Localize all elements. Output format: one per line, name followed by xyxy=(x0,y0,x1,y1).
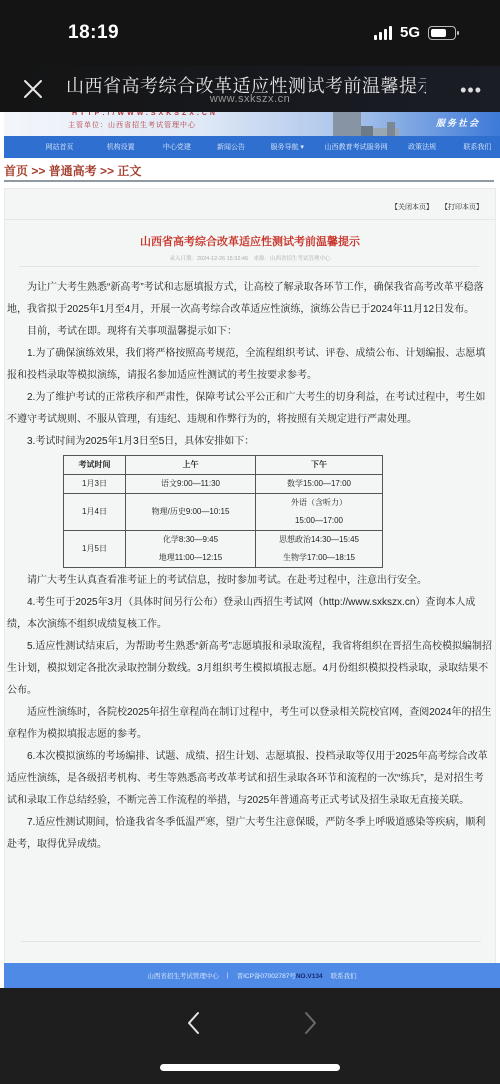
column-header: 考试时间 xyxy=(64,456,126,475)
column-header: 下午 xyxy=(256,456,383,475)
table-row: 1月5日 化学8:30—9:45 地理11:00—12:15 思想政治14:30… xyxy=(64,531,383,568)
exam-schedule-table: 考试时间 上午 下午 1月3日 语文9:00—11:30 数学15:00—17:… xyxy=(63,455,383,568)
paragraph: 适应性演练时，各院校2025年招生章程尚在制订过程中，考生可以登录相关院校官网，… xyxy=(5,702,493,746)
nav-item-organization[interactable]: 机构设置 xyxy=(96,142,145,152)
nav-item-policy[interactable]: 政策法规 xyxy=(399,142,444,152)
paragraph: 7.适应性测试期间，恰逢我省冬季低温严寒，望广大考生注意保暖，严防冬季上呼吸道感… xyxy=(5,812,493,856)
paragraph: 1.为了确保演练效果，我们将严格按照高考规范，全流程组织考试、评卷、成绩公布、计… xyxy=(5,343,493,387)
site-nav: 网站首页 机构设置 中心党建 新闻公告 服务导航 ▾ 山西教育考试服务网 政策法… xyxy=(4,136,500,158)
banner-slogan: 服务社会 xyxy=(436,116,480,129)
browser-bottom-bar xyxy=(0,988,500,1084)
nav-item-exam-service[interactable]: 山西教育考试服务网 xyxy=(317,142,396,152)
am-cell: 化学8:30—9:45 地理11:00—12:15 xyxy=(126,531,256,568)
nav-item-services[interactable]: 服务导航 ▾ xyxy=(260,142,315,152)
paragraph: 5.适应性测试结束后，为帮助考生熟悉“新高考”志愿填报和录取流程，我省将组织在晋… xyxy=(5,636,493,702)
more-options-button[interactable]: ••• xyxy=(460,80,482,101)
browser-header: 山西省高考综合改革适应性测试考前温馨提示 www.sxkszx.cn ••• xyxy=(0,66,500,112)
home-indicator[interactable] xyxy=(160,1064,340,1071)
table-header-row: 考试时间 上午 下午 xyxy=(64,456,383,475)
divider xyxy=(5,219,495,220)
am-line: 化学8:30—9:45 xyxy=(126,531,255,549)
paragraph: 为让广大考生熟悉“新高考”考试和志愿填报方式，让高校了解录取各环节工作，确保我省… xyxy=(5,277,493,321)
pm-line: 外语（含听力） xyxy=(256,494,382,512)
status-indicators: 5G xyxy=(374,24,456,41)
date-cell: 1月3日 xyxy=(64,475,126,494)
icp-number: 晋ICP备07002787号 xyxy=(237,973,296,980)
chevron-left-icon xyxy=(182,1010,206,1036)
paragraph: 2.为了维护考试的正常秩序和严肃性，保障考试公平公正和广大考生的切身利益，在考试… xyxy=(5,387,493,431)
nav-item-party[interactable]: 中心党建 xyxy=(152,142,201,152)
forward-button[interactable] xyxy=(298,1010,322,1036)
am-line: 地理11:00—12:15 xyxy=(126,549,255,567)
column-header: 上午 xyxy=(126,456,256,475)
paragraph: 请广大考生认真查看准考证上的考试信息，按时参加考试。在赴考过程中，注意出行安全。 xyxy=(5,570,493,592)
signal-icon xyxy=(374,26,392,40)
am-cell: 语文9:00—11:30 xyxy=(126,475,256,494)
back-button[interactable] xyxy=(182,1010,206,1036)
pm-cell: 数学15:00—17:00 xyxy=(256,475,383,494)
site-number: NO.V134 xyxy=(296,973,323,980)
site-banner: HTTP://WWW.SXKSZX.CN 主管单位：山西省招生考试管理中心 服务… xyxy=(4,112,500,136)
pm-cell: 外语（含听力） 15:00—17:00 xyxy=(256,494,383,531)
divider xyxy=(21,941,481,942)
date-cell: 1月5日 xyxy=(64,531,126,568)
nav-item-news[interactable]: 新闻公告 xyxy=(206,142,255,152)
banner-url: HTTP://WWW.SXKSZX.CN xyxy=(72,112,218,117)
pm-cell: 思想政治14:30—15:45 生物学17:00—18:15 xyxy=(256,531,383,568)
network-type: 5G xyxy=(400,24,420,41)
paragraph: 目前，考试在即。现将有关事项温馨提示如下： xyxy=(5,321,493,343)
banner-org: 主管单位：山西省招生考试管理中心 xyxy=(68,120,196,130)
footer-org: 山西省招生考试管理中心 xyxy=(147,971,219,980)
footer-contact-link[interactable]: 联系我们 xyxy=(331,971,357,980)
close-page-link[interactable]: 【关闭本页】 xyxy=(391,202,433,212)
article: 【关闭本页】 【打印本页】 山西省高考综合改革适应性测试考前温馨提示 录入日期：… xyxy=(4,188,496,968)
paragraph: 3.考试时间为2025年1月3日至5日，具体安排如下： xyxy=(5,431,493,453)
site-footer: 山西省招生考试管理中心 | 晋ICP备07002787号NO.V134 联系我们 xyxy=(4,963,500,988)
date-cell: 1月4日 xyxy=(64,494,126,531)
paragraph: 6.本次模拟演练的考场编排、试题、成绩、招生计划、志愿填报、投档录取等仅用于20… xyxy=(5,746,493,812)
nav-item-contact[interactable]: 联系我们 xyxy=(455,142,500,152)
chevron-right-icon xyxy=(298,1010,322,1036)
table-row: 1月4日 物理/历史9:00—10:15 外语（含听力） 15:00—17:00 xyxy=(64,494,383,531)
table-row: 1月3日 语文9:00—11:30 数学15:00—17:00 xyxy=(64,475,383,494)
status-time: 18:19 xyxy=(68,22,119,44)
article-title: 山西省高考综合改革适应性测试考前温馨提示 xyxy=(5,233,495,249)
icp-link[interactable]: 晋ICP备07002787号NO.V134 xyxy=(237,971,323,980)
web-content: HTTP://WWW.SXKSZX.CN 主管单位：山西省招生考试管理中心 服务… xyxy=(0,112,500,988)
page-url: www.sxkszx.cn xyxy=(0,93,500,105)
nav-item-home[interactable]: 网站首页 xyxy=(30,142,89,152)
paragraph: 4.考生可于2025年3月（具体时间另行公布）登录山西招生考试网（http://… xyxy=(5,592,493,636)
footer-separator: | xyxy=(227,972,229,979)
pm-line: 思想政治14:30—15:45 xyxy=(256,531,382,549)
am-cell: 物理/历史9:00—10:15 xyxy=(126,494,256,531)
pm-line: 生物学17:00—18:15 xyxy=(256,549,382,567)
status-bar: 18:19 5G xyxy=(0,0,500,66)
article-actions: 【关闭本页】 【打印本页】 xyxy=(391,202,483,212)
print-page-link[interactable]: 【打印本页】 xyxy=(441,202,483,212)
divider xyxy=(19,266,479,267)
article-body: 为让广大考生熟悉“新高考”考试和志愿填报方式，让高校了解录取各环节工作，确保我省… xyxy=(5,277,493,856)
breadcrumb-divider xyxy=(4,180,494,182)
pm-line: 15:00—17:00 xyxy=(256,512,382,530)
battery-icon xyxy=(428,26,456,40)
building-image xyxy=(329,112,409,136)
breadcrumb[interactable]: 首页 >> 普通高考 >> 正文 xyxy=(4,162,141,179)
article-meta: 录入日期：2024-12-26 15:32:46 来源：山西省招生考试管理中心 xyxy=(5,254,495,262)
